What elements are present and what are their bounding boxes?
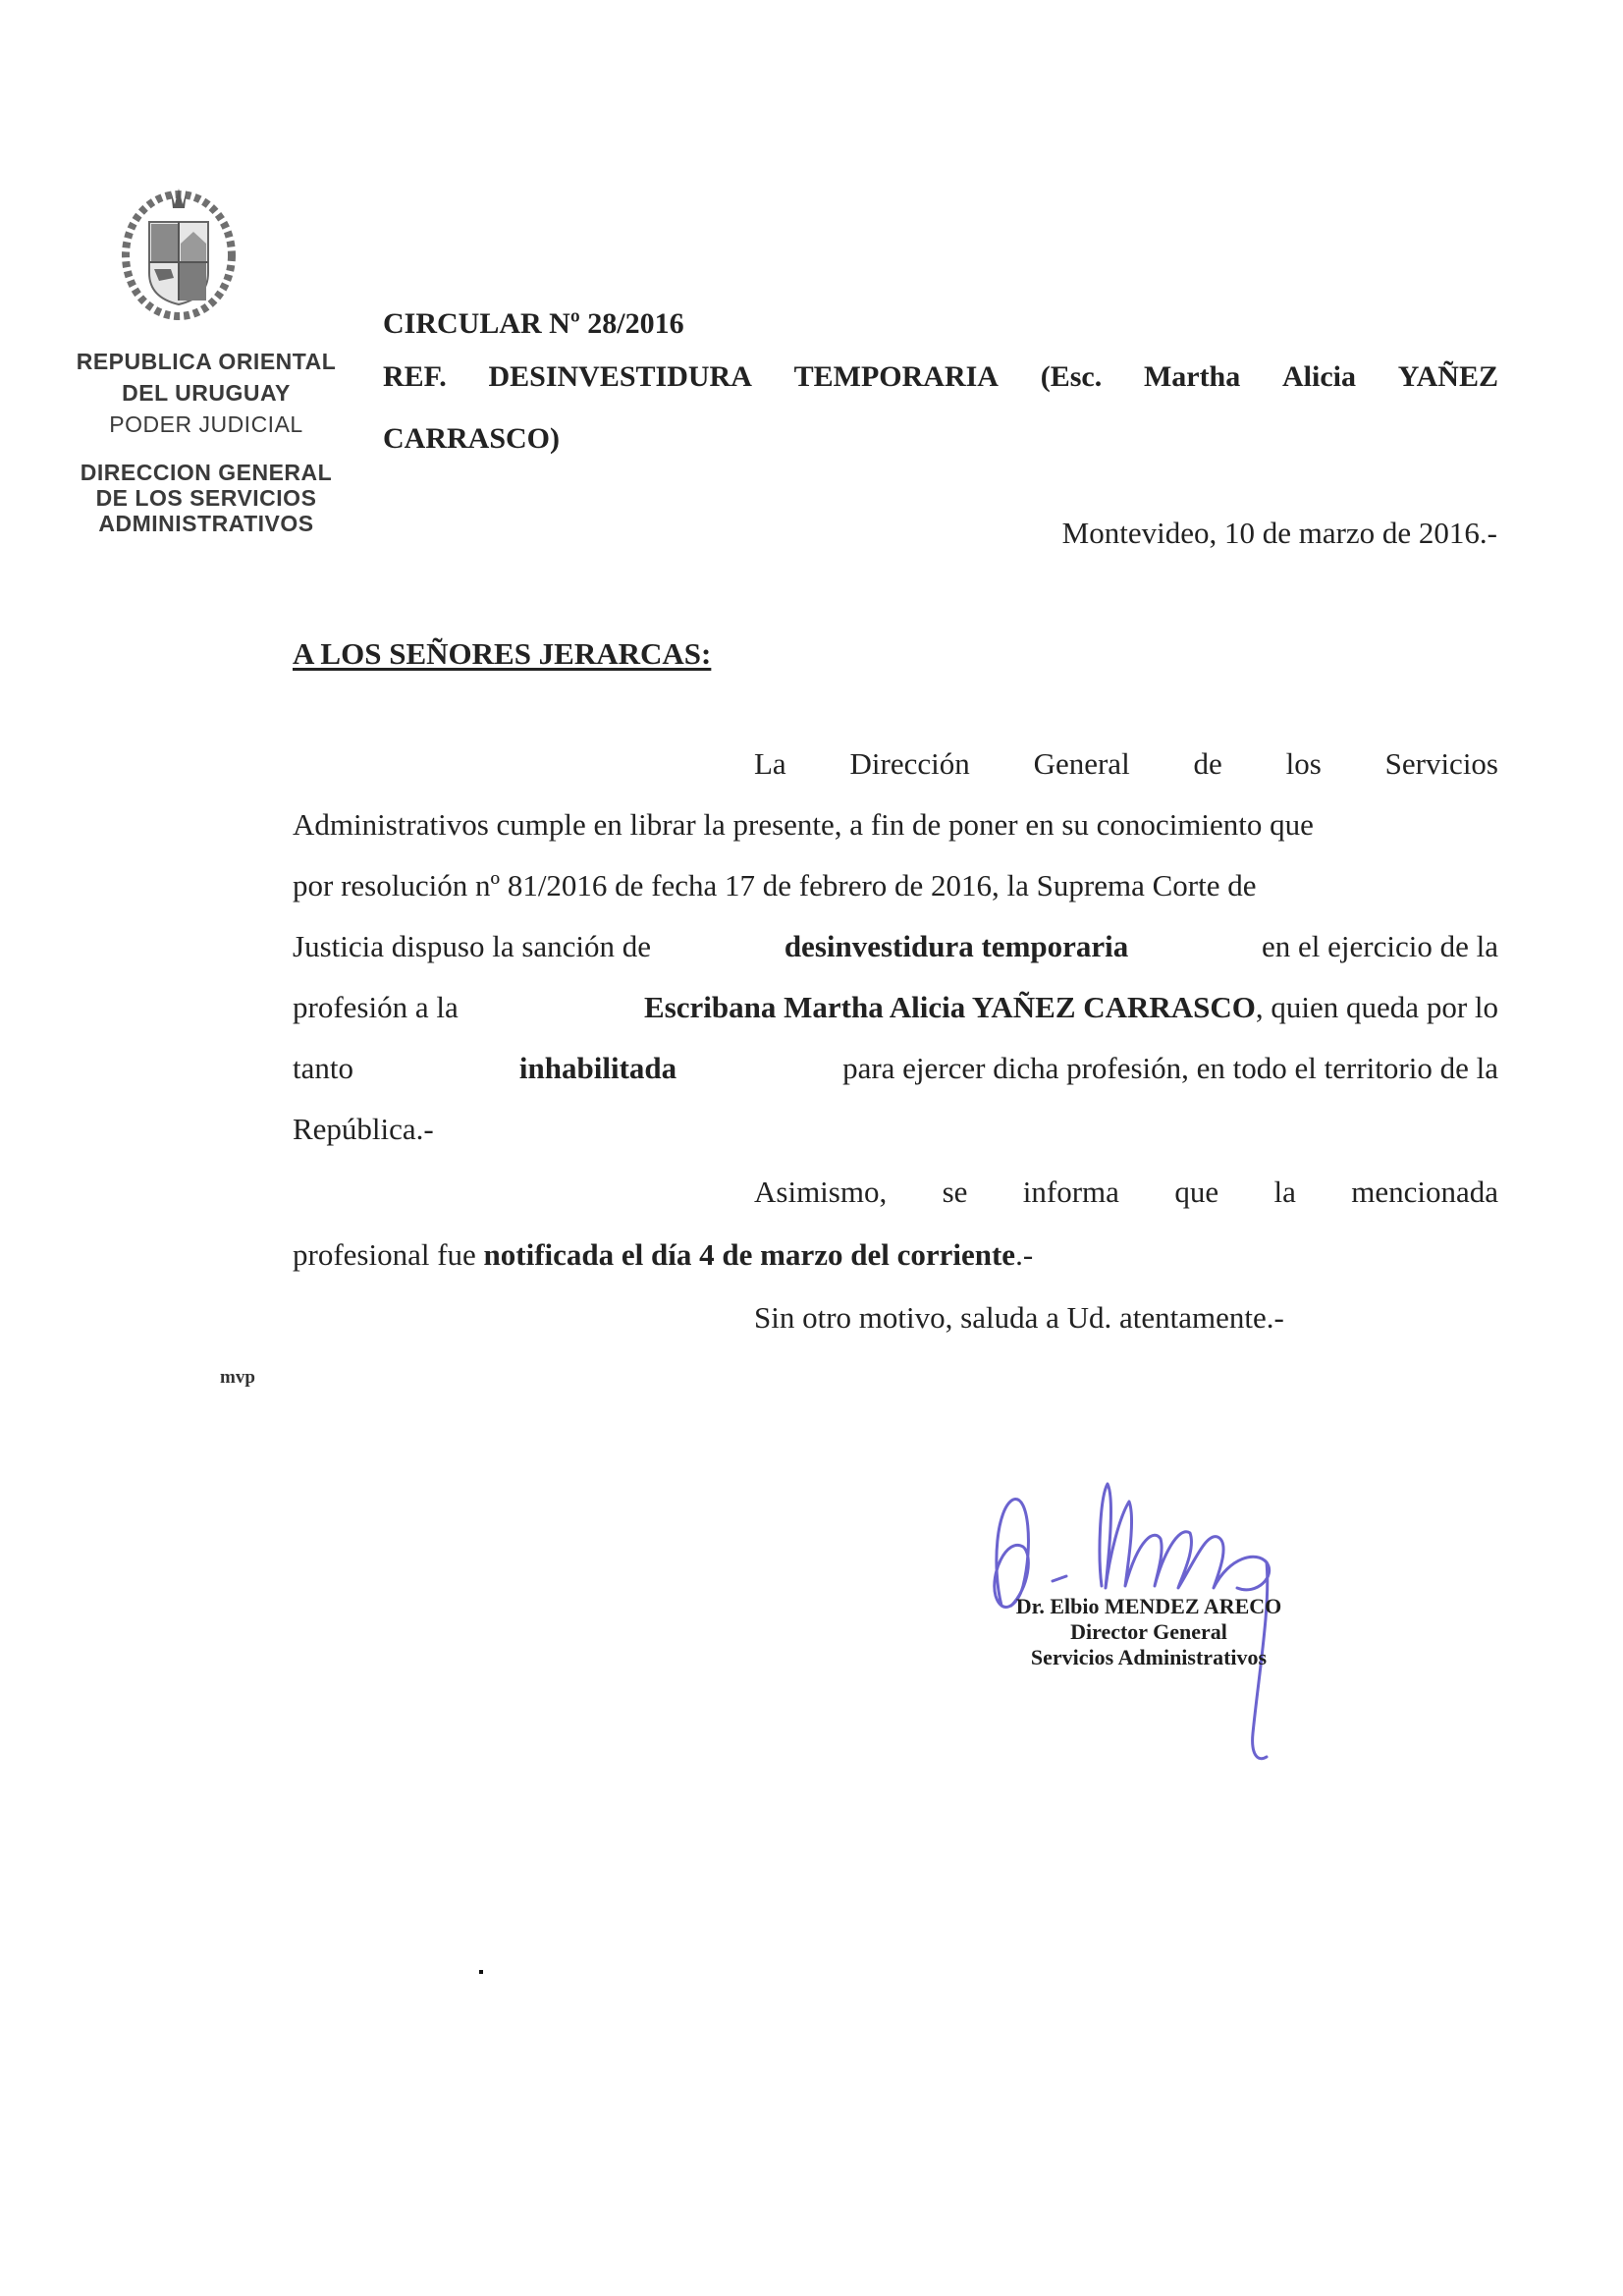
body-line: Administrativos cumple en librar la pres… (293, 805, 1498, 845)
signature-block: Dr. Elbio MENDEZ ARECO Director General … (982, 1594, 1316, 1670)
reference-continuation: CARRASCO) (383, 422, 560, 456)
word: Asimismo, (754, 1173, 887, 1212)
body-line: Justicia dispuso la sanción de desinvest… (293, 927, 1498, 966)
text-span: Justicia dispuso la sanción de (293, 927, 651, 966)
text-span: , quien queda por lo (1256, 990, 1498, 1024)
letterhead-line: DEL URUGUAY (59, 380, 353, 406)
coat-of-arms-icon (120, 185, 238, 322)
reference-word: TEMPORARIA (794, 360, 999, 394)
scan-speck (479, 1970, 483, 1974)
reference-word: REF. (383, 360, 447, 394)
letterhead-line: DE LOS SERVICIOS (59, 485, 353, 511)
signatory-department: Servicios Administrativos (982, 1645, 1316, 1670)
word: se (943, 1173, 968, 1212)
word: La (754, 744, 786, 784)
letterhead-line: REPUBLICA ORIENTAL (59, 349, 353, 374)
body-line: profesional fue notificada el día 4 de m… (293, 1235, 1498, 1275)
body-line: por resolución nº 81/2016 de fecha 17 de… (293, 866, 1498, 905)
reference-line: REF. DESINVESTIDURA TEMPORARIA (Esc. Mar… (383, 360, 1498, 394)
emphasis-notificada: notificada el día 4 de marzo del corrien… (484, 1235, 1016, 1275)
document-date: Montevideo, 10 de marzo de 2016.- (1062, 516, 1497, 551)
word: la (1273, 1173, 1295, 1212)
salutation: A LOS SEÑORES JERARCAS: (293, 636, 711, 672)
word: mencionada (1351, 1173, 1498, 1212)
closing-line: Sin otro motivo, saluda a Ud. atentament… (754, 1298, 1498, 1338)
body-line: tanto inhabilitada para ejercer dicha pr… (293, 1049, 1498, 1088)
word: Servicios (1385, 744, 1498, 784)
word: informa (1023, 1173, 1119, 1212)
text-span: tanto (293, 1049, 353, 1088)
word: los (1286, 744, 1322, 784)
text-span: profesión a la (293, 988, 459, 1027)
letterhead-line: DIRECCION GENERAL (59, 460, 353, 485)
typist-initials: mvp (220, 1367, 255, 1389)
signatory-title: Director General (982, 1619, 1316, 1645)
text-span: profesional fue (293, 1235, 476, 1275)
document-page: REPUBLICA ORIENTAL DEL URUGUAY PODER JUD… (0, 0, 1623, 2296)
text-span: en el ejercicio de la (1262, 927, 1498, 966)
text-span: para ejercer dicha profesión, en todo el… (842, 1049, 1498, 1088)
emphasis-escribana-name: Escribana Martha Alicia YAÑEZ CARRASCO (644, 990, 1256, 1024)
letterhead-line: ADMINISTRATIVOS (59, 511, 353, 536)
reference-word: YAÑEZ (1398, 360, 1498, 394)
body-line: La Dirección General de los Servicios (754, 744, 1498, 784)
signatory-name: Dr. Elbio MENDEZ ARECO (982, 1594, 1316, 1619)
word: que (1174, 1173, 1218, 1212)
emphasis-desinvestidura: desinvestidura temporaria (784, 927, 1128, 966)
reference-word: DESINVESTIDURA (488, 360, 751, 394)
word: Dirección (850, 744, 970, 784)
reference-word: (Esc. (1041, 360, 1103, 394)
word: General (1034, 744, 1130, 784)
reference-word: Martha (1144, 360, 1240, 394)
text-span: .- (1015, 1235, 1033, 1275)
body-line: Asimismo, se informa que la mencionada (754, 1173, 1498, 1212)
letterhead-line: PODER JUDICIAL (59, 411, 353, 437)
body-line: República.- (293, 1110, 1498, 1149)
word: de (1194, 744, 1222, 784)
circular-number: CIRCULAR Nº 28/2016 (383, 307, 684, 341)
emphasis-inhabilitada: inhabilitada (519, 1049, 676, 1088)
reference-word: Alicia (1282, 360, 1356, 394)
body-line: profesión a la Escribana Martha Alicia Y… (293, 988, 1498, 1027)
